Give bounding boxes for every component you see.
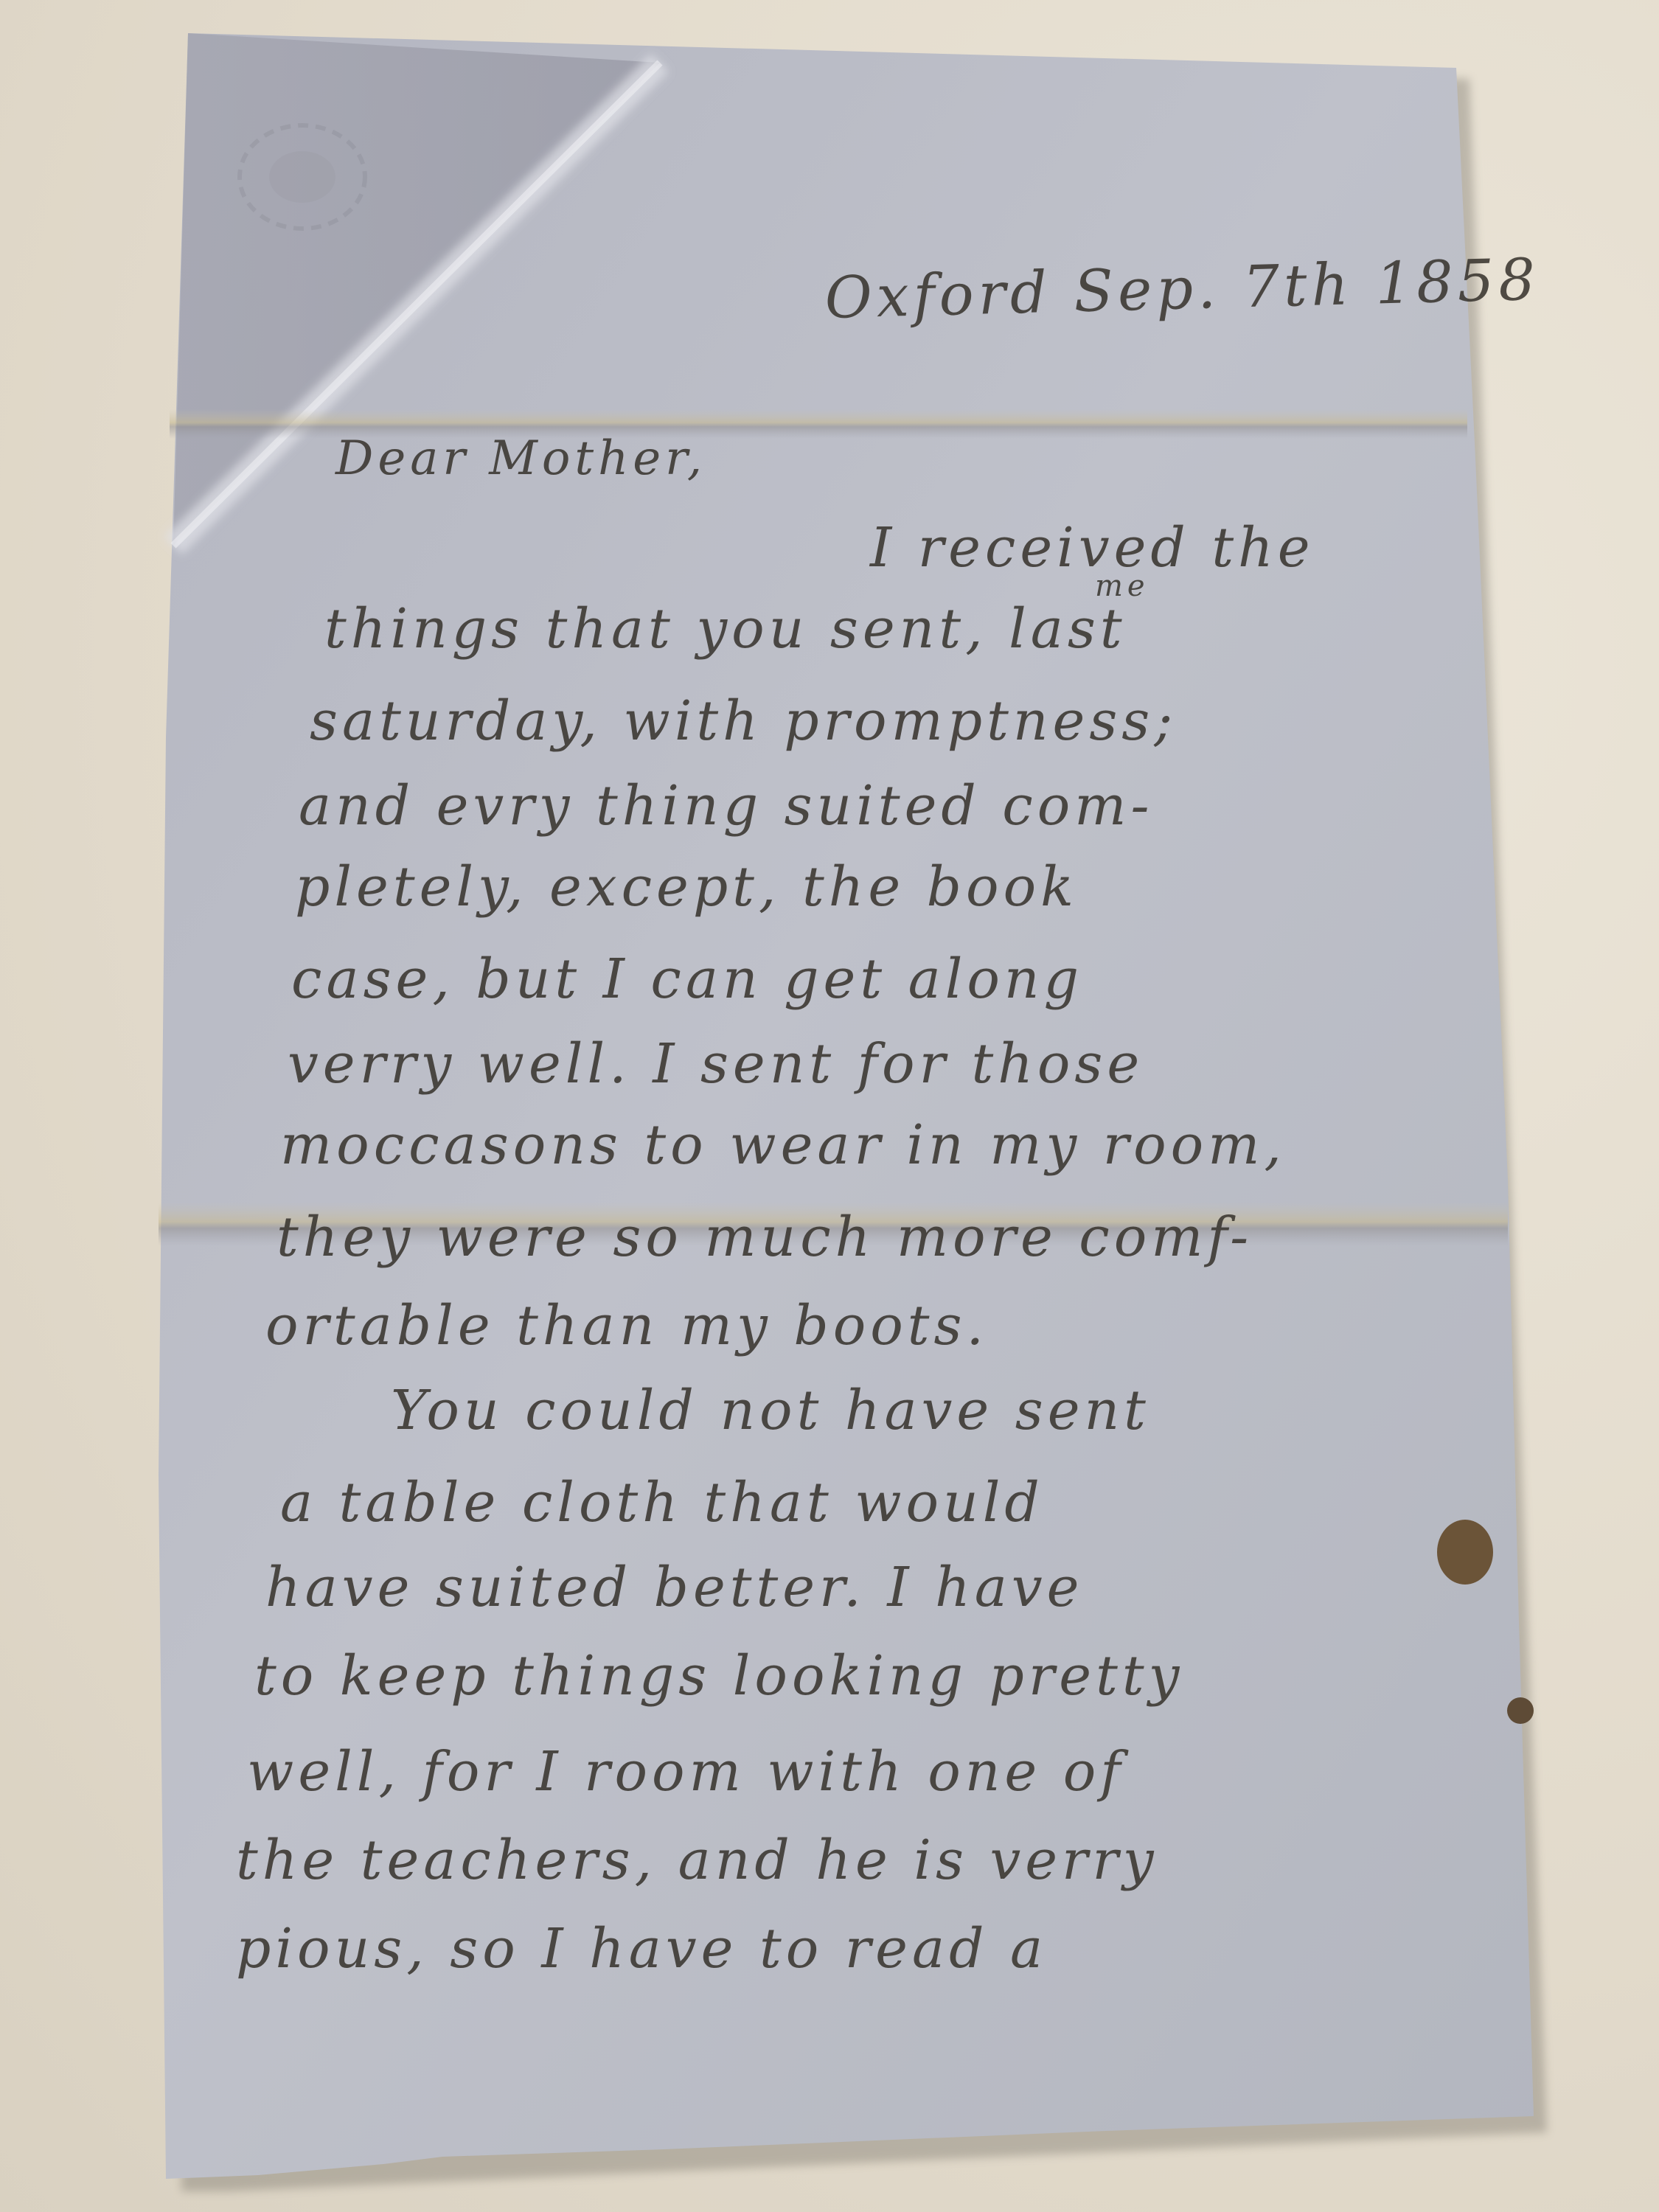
body-line: a table cloth that would bbox=[280, 1471, 1044, 1534]
body-line: the teachers, and he is verry bbox=[236, 1829, 1158, 1892]
body-line: ortable than my boots. bbox=[265, 1294, 988, 1357]
body-line: and evry thing suited com- bbox=[299, 774, 1153, 838]
body-line: well, for I room with one of bbox=[247, 1740, 1125, 1804]
body-line: moccasons to wear in my room, bbox=[280, 1113, 1286, 1177]
letter-text: Oxford Sep. 7th 1858 Dear Mother, I rece… bbox=[0, 0, 1659, 2212]
inserted-word: me bbox=[1095, 569, 1150, 603]
body-line: I received the bbox=[870, 516, 1315, 580]
body-line: saturday, with promptness; bbox=[310, 689, 1177, 753]
body-line: they were so much more comf- bbox=[276, 1206, 1253, 1269]
body-line: have suited better. I have bbox=[265, 1556, 1083, 1619]
body-line: You could not have sent bbox=[391, 1379, 1150, 1442]
body-line: things that you sent, last me bbox=[324, 597, 1127, 661]
body-line: pletely, except, the book bbox=[295, 855, 1078, 919]
body-line: case, but I can get along bbox=[291, 947, 1083, 1011]
dateline: Oxford Sep. 7th 1858 bbox=[824, 247, 1540, 332]
salutation: Dear Mother, bbox=[335, 431, 706, 486]
body-line: pious, so I have to read a bbox=[236, 1917, 1047, 1980]
body-line-text: things that you sent, last bbox=[324, 597, 1127, 661]
body-line: verry well. I sent for those bbox=[288, 1032, 1144, 1096]
body-line: to keep things looking pretty bbox=[254, 1644, 1183, 1708]
